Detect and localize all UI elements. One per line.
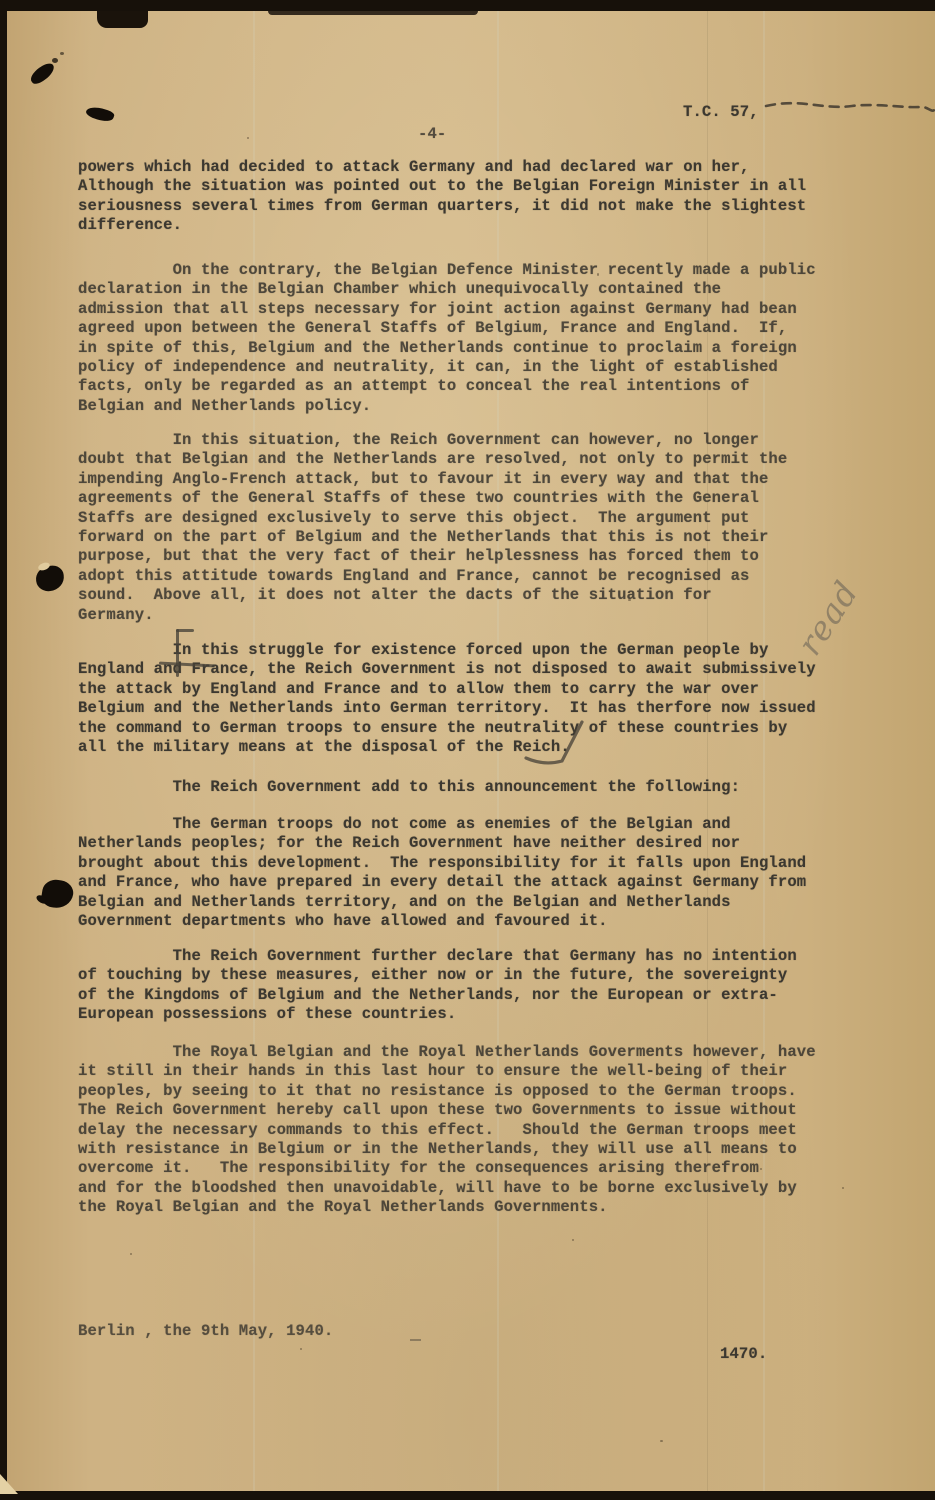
paragraph-7: The Reich Government further declare tha… — [78, 947, 797, 1025]
paper-speck — [572, 1239, 574, 1241]
photo-edge-top — [268, 11, 478, 15]
page-number: -4- — [418, 125, 446, 144]
pencil-dashed-line — [752, 92, 935, 122]
paper-speck — [130, 1253, 132, 1255]
paragraph-8: The Royal Belgian and the Royal Netherla… — [78, 1043, 816, 1218]
pencil-bracket-mark — [176, 629, 194, 632]
paragraph-6: The German troops do not come as enemies… — [78, 815, 806, 931]
paragraph-3: In this situation, the Reich Government … — [78, 431, 787, 625]
pencil-dash-mark — [410, 1339, 421, 1341]
paper-speck — [247, 137, 249, 139]
paper-speck — [760, 1168, 762, 1170]
photo-edge-bottom — [0, 1491, 935, 1500]
paper-speck — [597, 273, 599, 276]
ink-smudge — [60, 52, 64, 55]
paper-speck — [842, 1187, 844, 1189]
paragraph-4: In this struggle for existence forced up… — [78, 641, 816, 757]
paper-speck — [636, 441, 638, 443]
reference-number: T.C. 57, — [683, 103, 759, 122]
paper-speck — [300, 1348, 302, 1350]
pencil-tick-mark — [518, 712, 598, 772]
pencil-bracket-mark — [176, 629, 179, 677]
paragraph-1: powers which had decided to attack Germa… — [78, 158, 806, 236]
ink-smudge — [52, 58, 58, 63]
paper-speck — [660, 1440, 663, 1442]
paragraph-5: The Reich Government add to this announc… — [78, 778, 740, 797]
paragraph-2: On the contrary, the Belgian Defence Min… — [78, 261, 816, 416]
photo-edge-top — [0, 0, 935, 11]
paper-speck — [628, 599, 631, 601]
photo-edge-left — [0, 0, 7, 1500]
dateline: Berlin , the 9th May, 1940. — [78, 1322, 333, 1341]
paper-notch — [97, 11, 148, 28]
scanned-document-photo: T.C. 57, -4- powers which had decided to… — [0, 0, 935, 1500]
document-number: 1470. — [720, 1345, 767, 1364]
